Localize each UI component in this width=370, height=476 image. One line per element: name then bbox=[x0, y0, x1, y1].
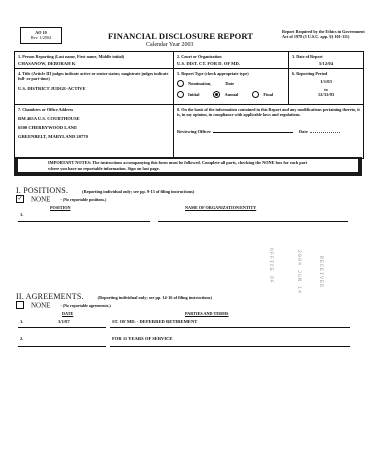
received-stamp-2: 2004 JUN 14 bbox=[296, 250, 302, 294]
radio-initial[interactable]: Initial bbox=[177, 91, 199, 98]
review-date-line[interactable] bbox=[310, 132, 340, 133]
agreements-row-2-terms: FOR 11 YEARS OF SERVICE bbox=[112, 336, 173, 341]
radio-nomination-circle[interactable] bbox=[177, 80, 184, 87]
report-info-grid: 1. Person Reporting (Last name, First na… bbox=[14, 51, 364, 159]
form-revision: Rev. 1/2004 bbox=[21, 35, 61, 40]
agreements-row-1-num: 1. bbox=[20, 319, 23, 324]
report-type-row-1: Nomination, Date bbox=[177, 80, 285, 87]
report-type-label: 5. Report Type (check appropriate type) bbox=[177, 71, 285, 76]
agreements-none-checkbox[interactable] bbox=[16, 301, 24, 309]
radio-final-circle[interactable] bbox=[252, 91, 259, 98]
positions-none-label: NONE bbox=[31, 195, 50, 203]
positions-row-1-org-line bbox=[158, 221, 348, 222]
date-of-report-cell: 3. Date of Report 5/12/04 bbox=[288, 52, 363, 68]
court-cell: 2. Court or Organization U.S. DIST. CT. … bbox=[173, 52, 288, 68]
chambers-label: 7. Chambers or Office Address bbox=[18, 107, 170, 112]
person-reporting-cell: 1. Person Reporting (Last name, First na… bbox=[15, 52, 173, 68]
positions-none-checkbox[interactable]: ✓ bbox=[16, 195, 24, 203]
reviewing-officer-signature-line[interactable] bbox=[213, 132, 293, 133]
agreements-row-1-date-line bbox=[18, 327, 106, 328]
radio-annual-circle[interactable] bbox=[213, 91, 220, 98]
radio-initial-label: Initial bbox=[188, 92, 199, 97]
reporting-period-to: 12/31/03 bbox=[292, 92, 360, 98]
review-cell: 8. On the basis of the information conta… bbox=[173, 104, 363, 158]
radio-annual[interactable]: Annual bbox=[213, 91, 238, 98]
agreements-none-note: - (No reportable agreements.) bbox=[60, 303, 110, 308]
form-id-box: AO 10 Rev. 1/2004 bbox=[20, 27, 62, 44]
title-label: 4. Title (Article III judges indicate ac… bbox=[18, 71, 170, 81]
agreements-row-1-terms: ST. OF MD. - DEFERRED RETIREMENT bbox=[112, 319, 197, 324]
chambers-cell: 7. Chambers or Office Address RM 465A U.… bbox=[15, 104, 173, 158]
radio-final-label: Final bbox=[263, 92, 273, 97]
chambers-line-2: 6500 CHERRYWOOD LANE bbox=[18, 125, 170, 131]
date-of-report-value: 5/12/04 bbox=[292, 61, 360, 67]
person-reporting-label: 1. Person Reporting (Last name, First na… bbox=[18, 54, 170, 59]
agreements-col-date: DATE bbox=[62, 311, 73, 316]
statutory-reference: Report Required by the Ethics in Governm… bbox=[282, 29, 366, 39]
title-cell: 4. Title (Article III judges indicate ac… bbox=[15, 68, 173, 104]
agreements-none-label: NONE bbox=[31, 301, 50, 309]
radio-annual-label: Annual bbox=[224, 92, 238, 97]
positions-row-1-position-line bbox=[18, 221, 150, 222]
agreements-row-2-num: 2. bbox=[20, 336, 23, 341]
radio-nomination[interactable]: Nomination, bbox=[177, 80, 211, 87]
reporting-period-from: 1/1/03 bbox=[292, 79, 360, 85]
calendar-year: Calendar Year 2003 bbox=[146, 42, 194, 48]
chambers-line-1: RM 465A U.S. COURTHOUSE bbox=[18, 116, 170, 122]
radio-initial-circle[interactable] bbox=[177, 91, 184, 98]
reporting-period-cell: 6. Reporting Period 1/1/03 to 12/31/03 bbox=[288, 68, 363, 104]
important-notice-text: IMPORTANT NOTES: The instructions accomp… bbox=[18, 159, 358, 172]
court-value: U.S. DIST. CT. FOR D. OF MD. bbox=[177, 61, 285, 67]
notice-line-2: where you have no reportable information… bbox=[22, 166, 354, 172]
title-value: U.S. DISTRICT JUDGE-ACTIVE bbox=[18, 86, 170, 92]
nomination-date-label: Date bbox=[225, 81, 234, 86]
page-title: FINANCIAL DISCLOSURE REPORT bbox=[108, 31, 253, 41]
notice-line-1: IMPORTANT NOTES: The instructions accomp… bbox=[22, 160, 354, 166]
received-stamp-3: RECEIVED bbox=[318, 256, 324, 288]
positions-row-1-num: 1. bbox=[20, 212, 23, 217]
reviewing-officer-label: Reviewing Officer bbox=[177, 129, 211, 134]
positions-col-position: POSITION bbox=[50, 205, 70, 210]
agreements-row-1-date: 3/1/87 bbox=[58, 319, 70, 324]
agreements-row-2-terms-line bbox=[110, 346, 350, 347]
received-stamp-1: OFFICE OF bbox=[268, 248, 274, 284]
agreements-col-parties: PARTIES AND TERMS bbox=[185, 311, 228, 316]
important-notice-bar: IMPORTANT NOTES: The instructions accomp… bbox=[14, 157, 362, 176]
agreements-note: (Reporting individual only; see pp. 14-1… bbox=[98, 295, 212, 300]
court-label: 2. Court or Organization bbox=[177, 54, 285, 59]
date-of-report-label: 3. Date of Report bbox=[292, 54, 360, 59]
positions-col-org: NAME OF ORGANIZATION/ENTITY bbox=[185, 205, 256, 210]
radio-final[interactable]: Final bbox=[252, 91, 273, 98]
report-type-row-2: Initial Annual Final bbox=[177, 91, 285, 98]
radio-nomination-label: Nomination, bbox=[188, 81, 211, 86]
positions-none-note: - (No reportable positions.) bbox=[60, 197, 106, 202]
reporting-period-label: 6. Reporting Period bbox=[292, 71, 360, 76]
agreements-row-2-date-line bbox=[18, 346, 106, 347]
chambers-line-3: GREENBELT, MARYLAND 20770 bbox=[18, 134, 170, 140]
review-date-label: Date bbox=[299, 129, 308, 134]
person-reporting-value: CHASANOW, DEBORAH K bbox=[18, 61, 170, 67]
review-statement: 8. On the basis of the information conta… bbox=[177, 107, 360, 117]
review-signature-row: Reviewing Officer Date bbox=[177, 129, 360, 134]
agreements-row-1-terms-line bbox=[110, 327, 350, 328]
report-type-cell: 5. Report Type (check appropriate type) … bbox=[173, 68, 288, 104]
